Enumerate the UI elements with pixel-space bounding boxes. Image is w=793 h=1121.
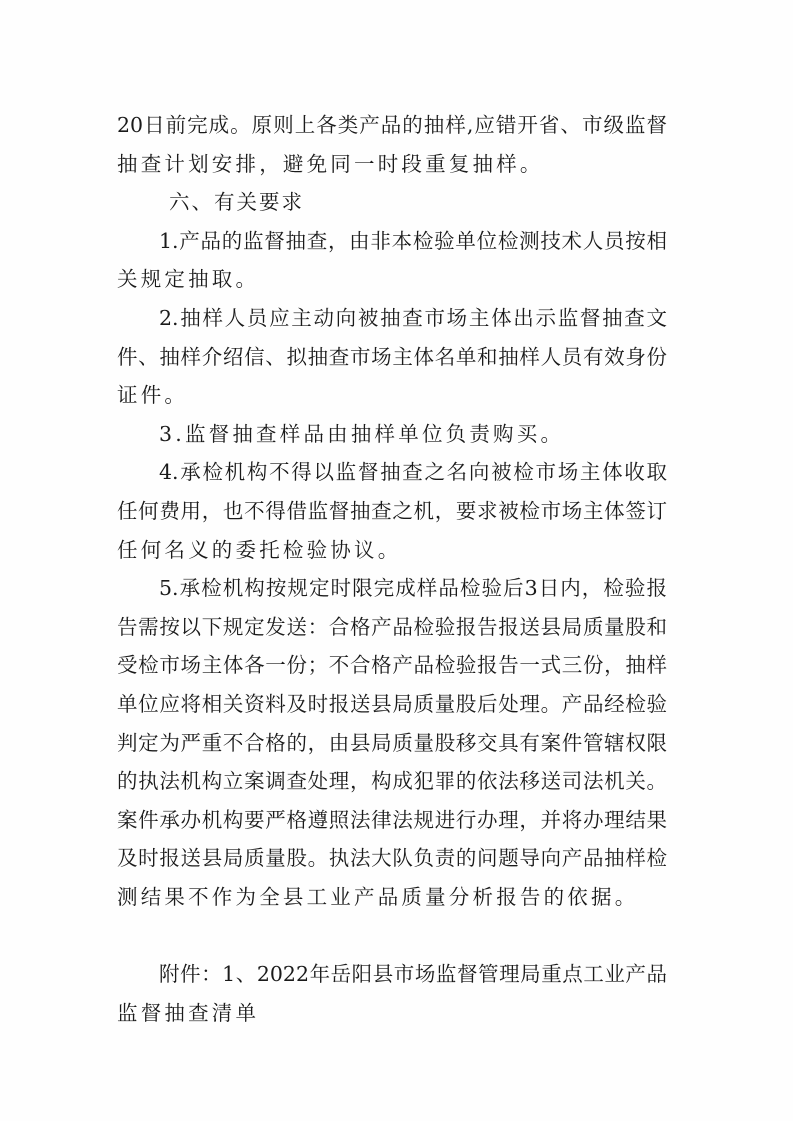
attachment-line: 监督抽查清单 — [117, 994, 667, 1033]
section-heading-requirements: 六、有关要求 — [117, 183, 667, 222]
paragraph-line: 抽查计划安排，避免同一时段重复抽样。 — [117, 145, 667, 184]
requirement-5-line: 单位应将相关资料及时报送县局质量股后处理。产品经检验 — [117, 685, 667, 724]
requirement-5-line: 告需按以下规定发送：合格产品检验报告报送县局质量股和 — [117, 608, 667, 647]
blank-line — [117, 916, 667, 955]
requirement-4-line: 4.承检机构不得以监督抽查之名向被检市场主体收取 — [117, 453, 667, 492]
document-body: 20日前完成。原则上各类产品的抽样,应错开省、市级监督 抽查计划安排，避免同一时… — [117, 106, 667, 1032]
requirement-5-line: 判定为严重不合格的，由县局质量股移交具有案件管辖权限 — [117, 724, 667, 763]
requirement-3-line: 3.监督抽查样品由抽样单位负责购买。 — [117, 415, 667, 454]
requirement-5-line: 的执法机构立案调查处理，构成犯罪的依法移送司法机关。 — [117, 762, 667, 801]
requirement-5-line: 及时报送县局质量股。执法大队负责的问题导向产品抽样检 — [117, 839, 667, 878]
requirement-5-line: 测结果不作为全县工业产品质量分析报告的依据。 — [117, 878, 667, 917]
requirement-5-line: 案件承办机构要严格遵照法律法规进行办理，并将办理结果 — [117, 801, 667, 840]
requirement-2-line: 证件。 — [117, 376, 667, 415]
requirement-5-line: 受检市场主体各一份；不合格产品检验报告一式三份，抽样 — [117, 646, 667, 685]
requirement-1-line: 关规定抽取。 — [117, 260, 667, 299]
paragraph-line-continuation: 20日前完成。原则上各类产品的抽样,应错开省、市级监督 — [117, 106, 667, 145]
attachment-line: 附件：1、2022年岳阳县市场监督管理局重点工业产品 — [117, 955, 667, 994]
requirement-2-line: 件、抽样介绍信、拟抽查市场主体名单和抽样人员有效身份 — [117, 338, 667, 377]
requirement-5-line: 5.承检机构按规定时限完成样品检验后3日内，检验报 — [117, 569, 667, 608]
requirement-4-line: 任何费用，也不得借监督抽查之机，要求被检市场主体签订 — [117, 492, 667, 531]
document-page: 20日前完成。原则上各类产品的抽样,应错开省、市级监督 抽查计划安排，避免同一时… — [0, 0, 793, 1121]
requirement-2-line: 2.抽样人员应主动向被抽查市场主体出示监督抽查文 — [117, 299, 667, 338]
requirement-4-line: 任何名义的委托检验协议。 — [117, 531, 667, 570]
requirement-1-line: 1.产品的监督抽查，由非本检验单位检测技术人员按相 — [117, 222, 667, 261]
